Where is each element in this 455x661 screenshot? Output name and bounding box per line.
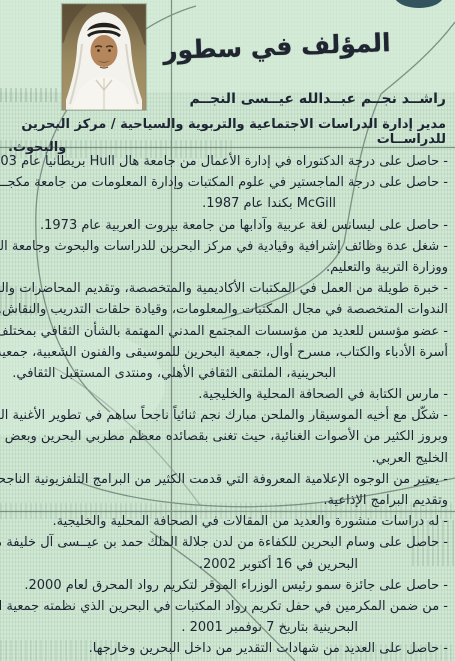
biography-line: - شكّل مع أخيه الموسيقار والملحن مبارك ن… — [7, 405, 448, 426]
biography-line: البحرين في 16 أكتوبر 2002. — [7, 554, 358, 575]
biography-line: - حاصل على وسام البحرين للكفاءة من لدن ج… — [7, 532, 448, 553]
biography-line: وبروز الكثير من الأصوات الغنائية، حيث تغ… — [7, 426, 448, 447]
biography-line: - يعتبر من الوجوه الإعلامية المعروفة الت… — [7, 469, 448, 490]
biography-line: البحرينية بتاريخ 7 نوفمبر 2001 . — [7, 617, 358, 638]
biography-line: - حاصل على ليسانس لغة عربية وآدابها من ج… — [7, 215, 448, 236]
biography-line: - له دراسات منشورة والعديد من المقالات ف… — [7, 511, 448, 532]
biography-line: الندوات المتخصصة في مجال المكتبات والمعل… — [7, 299, 448, 320]
biography-line: - عضو مؤسس للعديد من مؤسسات المجتمع المد… — [7, 321, 448, 342]
biography-line: - حاصل على العديد من شهادات التقدير من د… — [7, 638, 448, 659]
biography-line: - حاصل على درجة الدكتوراه في إدارة الأعم… — [7, 151, 448, 172]
biography-line: ووزارة التربية والتعليم. — [7, 257, 448, 278]
biography-line: McGill بكندا عام 1987. — [7, 193, 336, 214]
biography-line: - شغل عدة وظائف إشرافية وقيادية في مركز … — [7, 236, 448, 257]
author-name: راشــد نجــم عبــدالله عيــسى النجــم — [8, 91, 446, 107]
biography-line: - من ضمن المكرمين في حفل تكريم رواد المك… — [7, 596, 448, 617]
biography-line: - حاصل على جائزة سمو رئيس الوزراء الموقر… — [7, 575, 448, 596]
biography-line: - خبرة طويلة من العمل في المكتبات الأكاد… — [7, 278, 448, 299]
page-corner-mark — [394, 0, 444, 8]
biography-line: البحرينية، الملتقى الثقافي الأهلي، ومنتد… — [7, 363, 336, 384]
biography-line: - مارس الكتابة في الصحافة المحلية والخلي… — [7, 384, 448, 405]
page-title: المؤلف في سطور — [163, 28, 391, 65]
biography-line: - حاصل على درجة الماجستير في علوم المكتب… — [7, 172, 448, 193]
biography-line: وتقديم البرامج الإذاعية. — [7, 490, 448, 511]
biography-line: أسرة الأدباء والكتاب، مسرح أوال، جمعية ا… — [7, 342, 448, 363]
biography-list: - حاصل على درجة الدكتوراه في إدارة الأعم… — [7, 151, 448, 660]
scanned-book-page: المؤلف في سطور راشــد نجــم عبــدالله عي… — [0, 0, 455, 661]
biography-line: الخليج العربي. — [7, 448, 448, 469]
